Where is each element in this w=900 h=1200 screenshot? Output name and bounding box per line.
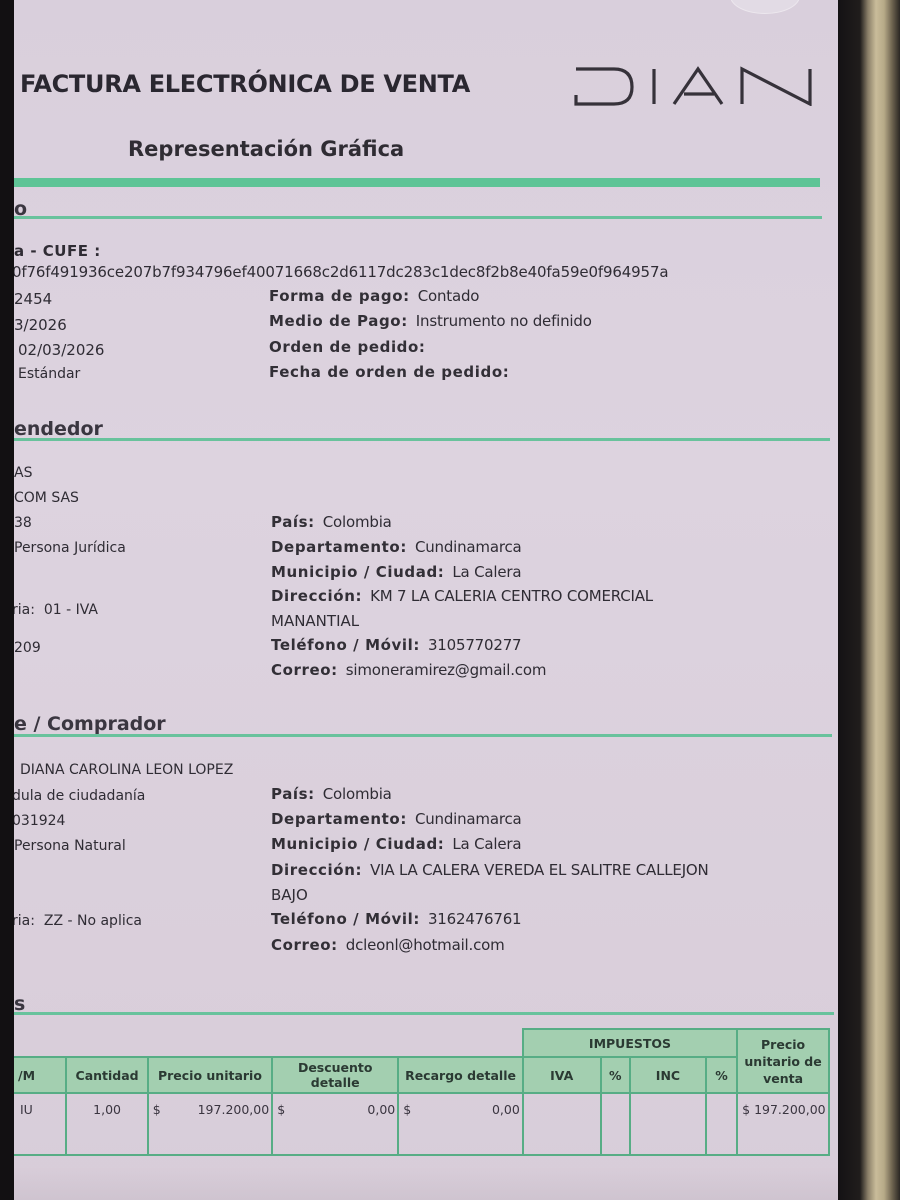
- buyer-section-title: e / Comprador: [14, 713, 166, 735]
- col-sale-unit-price: Precio unitario de venta: [737, 1029, 829, 1093]
- bottom-shade: [14, 1166, 838, 1200]
- col-unit-price: Precio unitario: [148, 1057, 272, 1093]
- buyer-phone-row: Teléfono / Móvil:3162476761: [271, 910, 521, 928]
- seller-department-row: Departamento:Cundinamarca: [271, 538, 522, 556]
- cell-discount: $0,00: [272, 1093, 398, 1155]
- seller-address-value-2: MANANTIAL: [271, 612, 359, 630]
- payment-form-value: Contado: [418, 287, 480, 305]
- col-inc: INC: [630, 1057, 706, 1093]
- seller-address-value-1: KM 7 LA CALERIA CENTRO COMERCIAL: [370, 587, 653, 605]
- table-spacer: [14, 1029, 523, 1057]
- cell-inc: [630, 1093, 706, 1155]
- buyer-city-value: La Calera: [452, 835, 521, 853]
- buyer-email-row: Correo:dcleonl@hotmail.com: [271, 936, 505, 954]
- seller-tax-regime-label: ria:: [14, 602, 35, 618]
- seller-phone-row: Teléfono / Móvil:3105770277: [271, 636, 521, 654]
- buyer-email-label: Correo:: [271, 936, 338, 954]
- buyer-phone-value: 3162476761: [428, 910, 521, 928]
- cufe-value: '0f76f491936ce207b7f934796ef40071668c2d6…: [14, 263, 668, 281]
- dian-logo-icon: [574, 66, 814, 106]
- seller-name-1: AS: [14, 465, 32, 481]
- col-iva-pct: %: [601, 1057, 630, 1093]
- col-surcharge: Recargo detalle: [398, 1057, 523, 1093]
- seller-address-row: Dirección:KM 7 LA CALERIA CENTRO COMERCI…: [271, 587, 653, 605]
- seller-city-value: La Calera: [452, 563, 521, 581]
- seller-section-title: endedor: [14, 418, 103, 440]
- items-section-rule: [14, 1012, 834, 1015]
- table-row: IU 1,00 $197.200,00 $0,00 $0,00 $ 197.20…: [14, 1093, 829, 1155]
- cufe-label: a - CUFE :: [14, 242, 101, 260]
- cell-sale-unit-price: $ 197.200,00: [737, 1093, 829, 1155]
- seller-section-rule: [14, 438, 830, 441]
- payment-method-row: Medio de Pago:Instrumento no definido: [269, 312, 592, 330]
- order-date-label: Fecha de orden de pedido:: [269, 363, 509, 381]
- cell-iva-pct: [601, 1093, 630, 1155]
- seller-name-2: COM SAS: [14, 490, 79, 506]
- buyer-tax-regime: ria: ZZ - No aplica: [14, 913, 142, 929]
- seller-tax-regime: ria: 01 - IVA: [14, 602, 98, 618]
- issue-date: 3/2026: [14, 316, 67, 334]
- buyer-address-value-2: BAJO: [271, 886, 308, 904]
- order-date-row: Fecha de orden de pedido:: [269, 363, 517, 381]
- col-um: /M: [14, 1057, 66, 1093]
- seller-email-row: Correo:simoneramirez@gmail.com: [271, 661, 546, 679]
- cell-um: IU: [14, 1093, 66, 1155]
- buyer-city-label: Municipio / Ciudad:: [271, 835, 444, 853]
- seller-department-value: Cundinamarca: [415, 538, 522, 556]
- invoice-document: FACTURA ELECTRÓNICA DE VENTA DIAN Repres…: [14, 0, 838, 1200]
- seller-department-label: Departamento:: [271, 538, 407, 556]
- header-divider: [14, 178, 820, 187]
- buyer-person-type: Persona Natural: [14, 838, 126, 854]
- payment-method-label: Medio de Pago:: [269, 312, 408, 330]
- seller-email-value[interactable]: simoneramirez@gmail.com: [346, 661, 546, 679]
- buyer-city-row: Municipio / Ciudad:La Calera: [271, 835, 521, 853]
- due-date: 02/03/2026: [18, 341, 104, 359]
- cell-surcharge: $0,00: [398, 1093, 523, 1155]
- currency-symbol: $: [403, 1102, 411, 1117]
- phone-bezel-left: [0, 0, 14, 1200]
- payment-form-label: Forma de pago:: [269, 287, 410, 305]
- currency-symbol: $: [277, 1102, 285, 1117]
- seller-country-row: País:Colombia: [271, 513, 392, 531]
- buyer-country-row: País:Colombia: [271, 785, 392, 803]
- buyer-tax-regime-label: ria:: [14, 913, 35, 929]
- buyer-address-value-1: VIA LA CALERA VEREDA EL SALITRE CALLEJON: [370, 861, 708, 879]
- seller-address-label: Dirección:: [271, 587, 362, 605]
- col-discount: Descuento detalle: [272, 1057, 398, 1093]
- buyer-email-value[interactable]: dcleonl@hotmail.com: [346, 936, 505, 954]
- payment-method-value: Instrumento no definido: [416, 312, 592, 330]
- operation-type: Estándar: [18, 366, 80, 382]
- cell-inc-pct: [706, 1093, 737, 1155]
- phone-bezel-right: [838, 0, 900, 1200]
- seller-code: 209: [14, 640, 41, 656]
- col-inc-pct: %: [706, 1057, 737, 1093]
- document-title: FACTURA ELECTRÓNICA DE VENTA: [20, 70, 470, 98]
- buyer-address-row: Dirección:VIA LA CALERA VEREDA EL SALITR…: [271, 861, 709, 879]
- seller-phone-value: 3105770277: [428, 636, 521, 654]
- buyer-id-number: 031924: [14, 813, 65, 829]
- cell-unit-price: $197.200,00: [148, 1093, 272, 1155]
- buyer-department-label: Departamento:: [271, 810, 407, 828]
- seller-person-type: Persona Jurídica: [14, 540, 126, 556]
- col-iva: IVA: [523, 1057, 601, 1093]
- cell-iva: [523, 1093, 601, 1155]
- seller-tax-regime-value: 01 - IVA: [44, 602, 98, 618]
- buyer-department-row: Departamento:Cundinamarca: [271, 810, 522, 828]
- screen-glare: [730, 0, 800, 14]
- order-row: Orden de pedido:: [269, 338, 434, 356]
- order-label: Orden de pedido:: [269, 338, 426, 356]
- seller-country-label: País:: [271, 513, 315, 531]
- seller-nit: 38: [14, 515, 32, 531]
- seller-city-label: Municipio / Ciudad:: [271, 563, 444, 581]
- unit-price-value: 197.200,00: [198, 1102, 270, 1117]
- invoice-number: 2454: [14, 290, 52, 308]
- buyer-department-value: Cundinamarca: [415, 810, 522, 828]
- cell-quantity: 1,00: [66, 1093, 147, 1155]
- buyer-section-rule: [14, 734, 832, 737]
- buyer-phone-label: Teléfono / Móvil:: [271, 910, 420, 928]
- taxes-group-header: IMPUESTOS: [523, 1029, 737, 1057]
- buyer-tax-regime-value: ZZ - No aplica: [44, 913, 142, 929]
- seller-phone-label: Teléfono / Móvil:: [271, 636, 420, 654]
- payment-form-row: Forma de pago:Contado: [269, 287, 479, 305]
- currency-symbol: $: [153, 1102, 161, 1117]
- invoice-section-rule: [14, 216, 822, 219]
- discount-value: 0,00: [367, 1102, 395, 1117]
- buyer-id-type: dula de ciudadanía: [14, 788, 145, 804]
- surcharge-value: 0,00: [492, 1102, 520, 1117]
- buyer-country-label: País:: [271, 785, 315, 803]
- items-table: IMPUESTOS Precio unitario de venta /M Ca…: [14, 1028, 830, 1156]
- seller-email-label: Correo:: [271, 661, 338, 679]
- seller-city-row: Municipio / Ciudad:La Calera: [271, 563, 521, 581]
- document-subtitle: Representación Gráfica: [128, 137, 404, 161]
- buyer-name: DIANA CAROLINA LEON LOPEZ: [20, 762, 233, 778]
- seller-country-value: Colombia: [323, 513, 392, 531]
- buyer-address-label: Dirección:: [271, 861, 362, 879]
- buyer-country-value: Colombia: [323, 785, 392, 803]
- col-quantity: Cantidad: [66, 1057, 147, 1093]
